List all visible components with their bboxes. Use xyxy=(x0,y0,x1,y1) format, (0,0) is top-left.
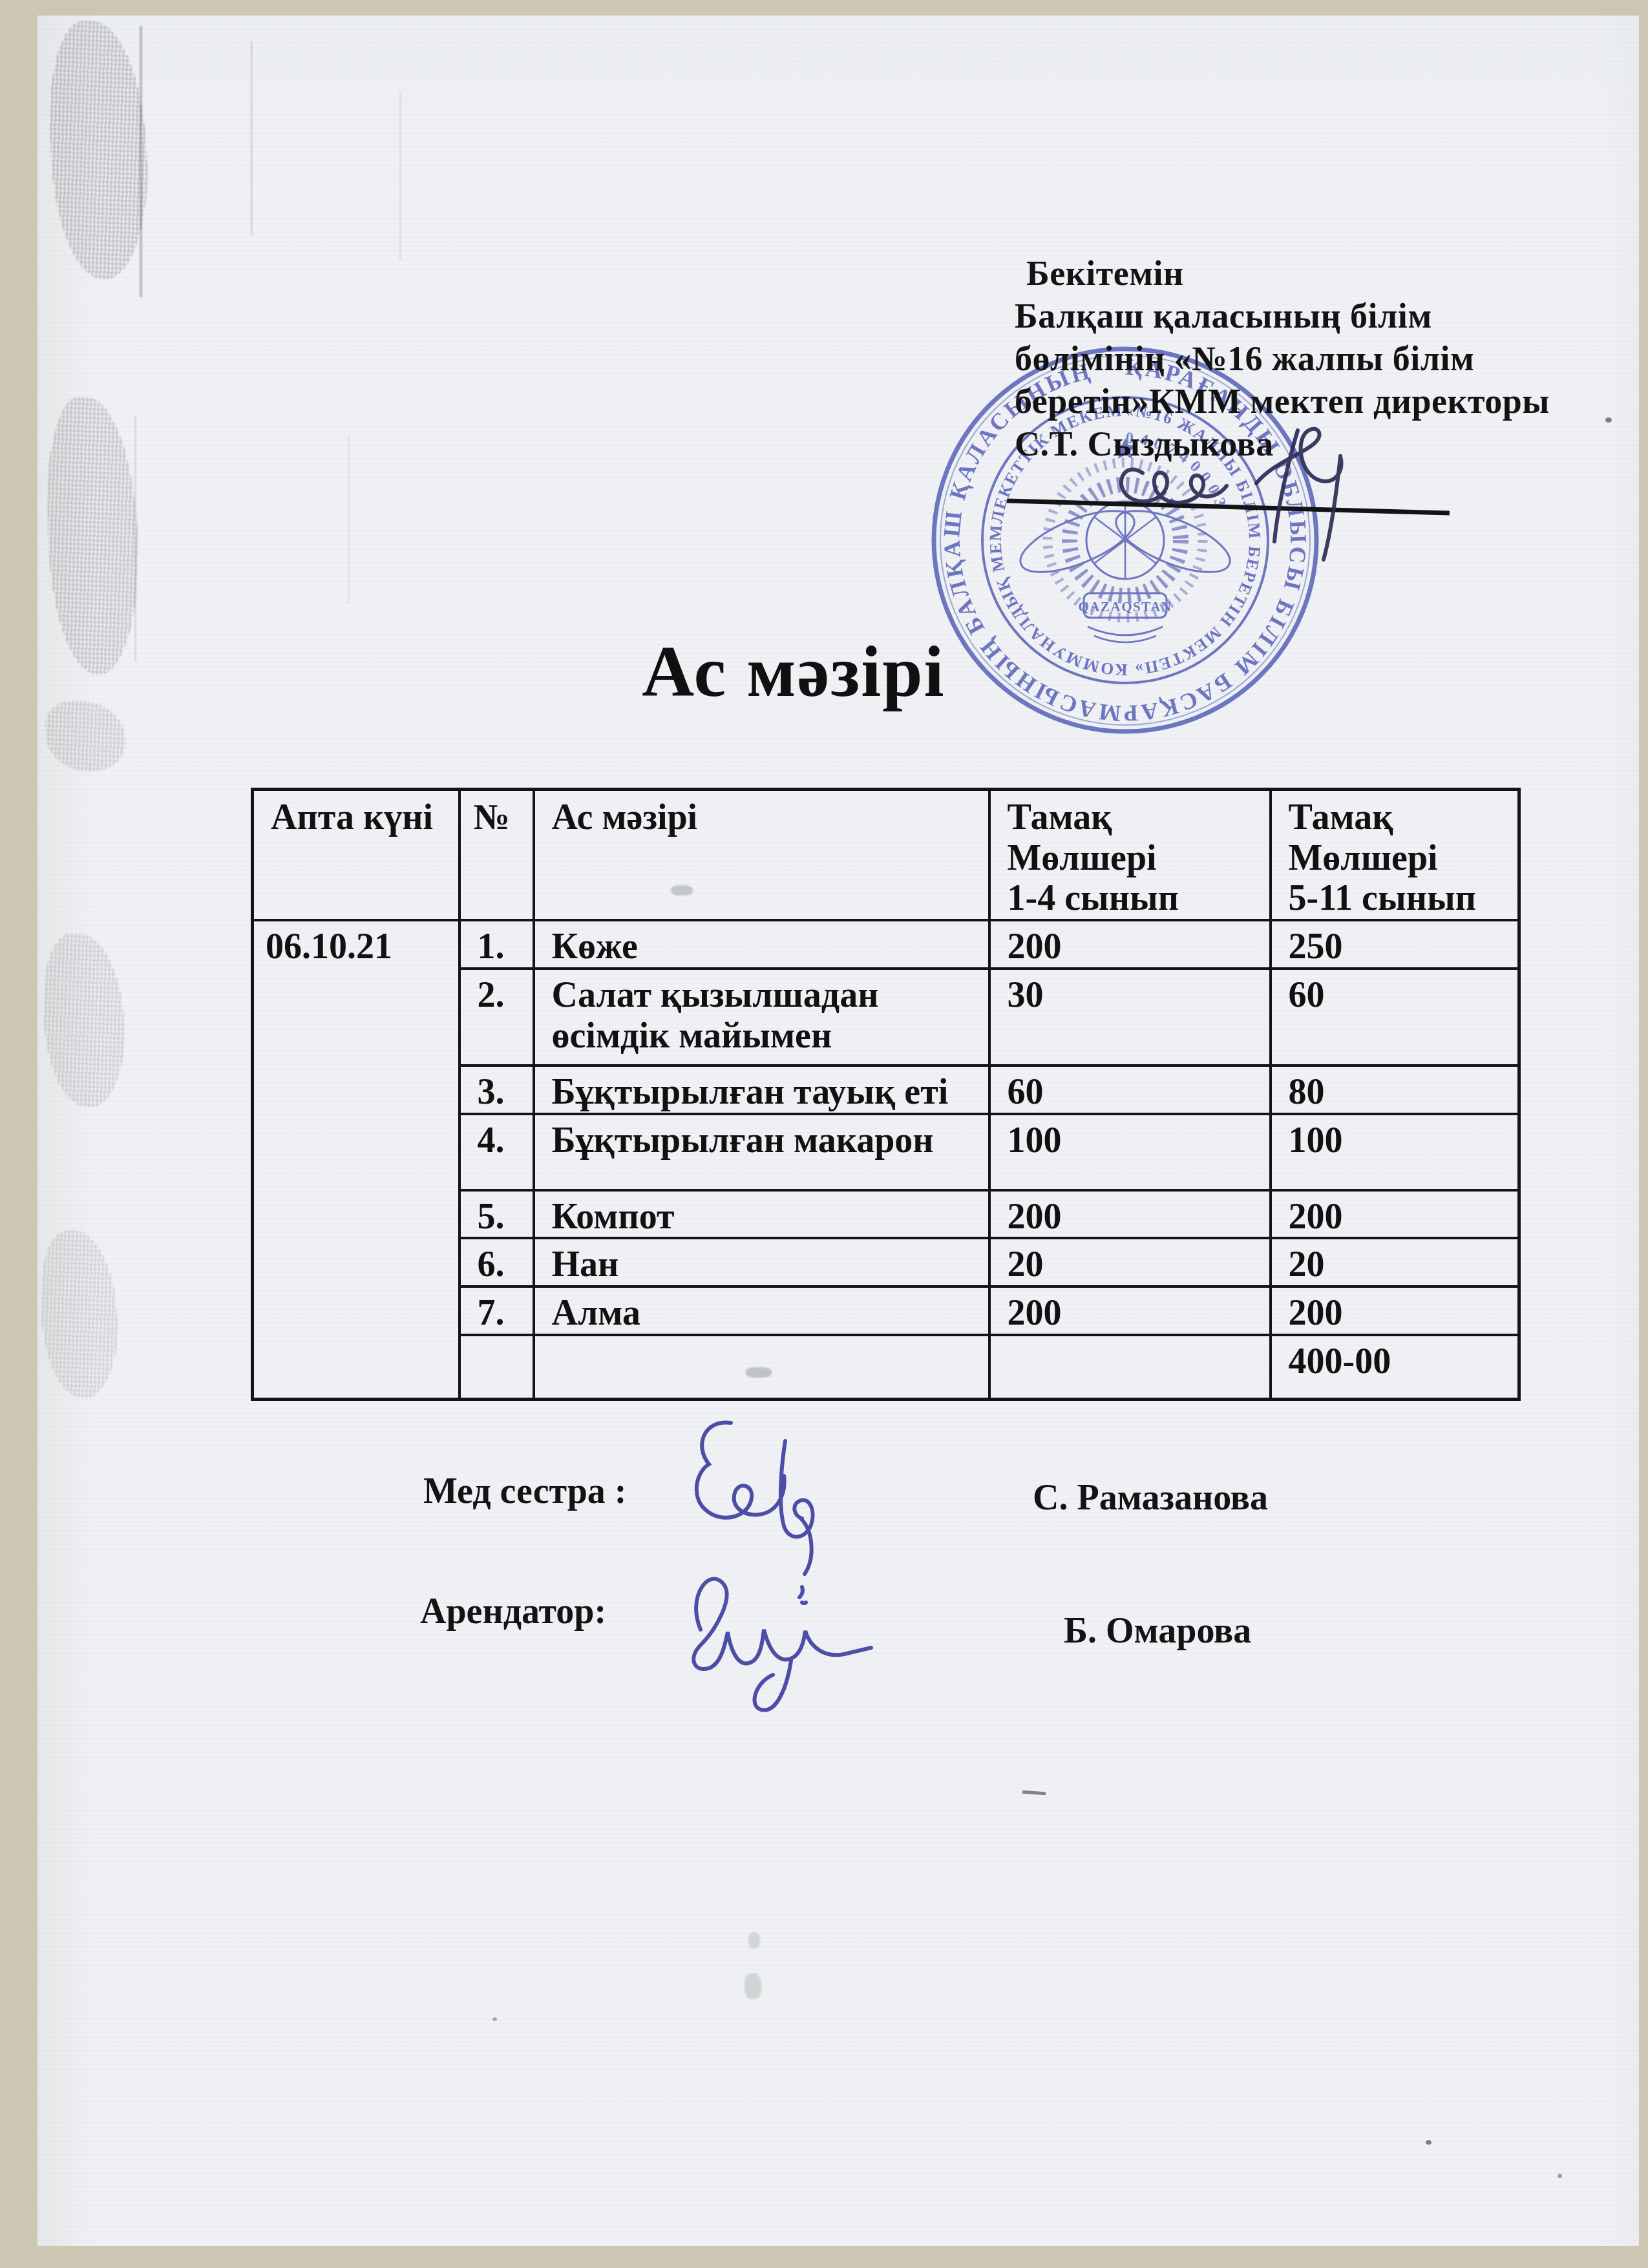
col-header-number: № xyxy=(460,790,534,921)
total-cell: 400-00 xyxy=(1271,1335,1519,1400)
portion-5-11-cell: 250 xyxy=(1271,920,1519,969)
scanned-paper: ҚАРАҒАНДЫ ОБЛЫСЫ БІЛІМ БАСҚАРМАСЫНЫҢ БАЛ… xyxy=(37,16,1639,2246)
dish-cell: Нан xyxy=(534,1238,989,1286)
scan-speck xyxy=(492,2017,497,2021)
row-number: 7. xyxy=(460,1286,534,1335)
row-number: 1. xyxy=(460,920,534,969)
scan-streak xyxy=(251,41,253,235)
portion-1-4-cell xyxy=(989,1335,1271,1400)
scan-blob xyxy=(745,1973,761,1999)
portion-5-11-cell: 60 xyxy=(1271,969,1519,1066)
dish-cell: Көже xyxy=(534,920,989,969)
stamp-center-label: QAZAQSTAN xyxy=(1079,599,1172,614)
dish-cell: Бұқтырылған макарон xyxy=(534,1114,989,1190)
approval-line: беретін»КММ мектеп директоры xyxy=(1015,380,1622,423)
menu-table: Апта күні № Ас мәзірі Тамақ Мөлшері 1-4 … xyxy=(251,788,1521,1401)
approval-line: Балқаш қаласының білім xyxy=(1015,295,1622,337)
col-header-portion-5-11: Тамақ Мөлшері 5-11 сынып xyxy=(1271,790,1519,921)
row-number: 4. xyxy=(460,1114,534,1190)
portion-1-4-cell: 30 xyxy=(989,969,1271,1066)
dish-cell: Салат қызылшадан өсімдік майымен xyxy=(534,969,989,1066)
row-number: 6. xyxy=(460,1238,534,1286)
dish-cell xyxy=(534,1335,989,1400)
portion-1-4-cell: 200 xyxy=(989,1190,1271,1239)
dish-cell: Алма xyxy=(534,1286,989,1335)
scan-blob xyxy=(748,1932,760,1949)
scan-smudge xyxy=(48,397,138,675)
dish-cell: Бұқтырылған тауық еті xyxy=(534,1066,989,1114)
portion-5-11-cell: 20 xyxy=(1271,1238,1519,1286)
scan-speck xyxy=(1558,2174,1562,2178)
col-header-day: Апта күні xyxy=(253,790,460,921)
row-number: 2. xyxy=(460,969,534,1066)
renter-role-label: Арендатор: xyxy=(420,1591,606,1632)
scan-streak xyxy=(140,26,142,297)
scan-smudge xyxy=(44,933,125,1108)
nurse-name: С. Рамазанова xyxy=(1033,1477,1268,1518)
row-number: 5. xyxy=(460,1190,534,1239)
nurse-role-label: Мед сестра : xyxy=(423,1471,626,1512)
date-cell: 06.10.21 xyxy=(253,920,460,1400)
portion-1-4-cell: 200 xyxy=(989,920,1271,969)
dish-cell: Компот xyxy=(534,1190,989,1239)
col-header-menu: Ас мәзірі xyxy=(534,790,989,921)
portion-1-4-cell: 20 xyxy=(989,1238,1271,1286)
row-number: 3. xyxy=(460,1066,534,1114)
portion-5-11-cell: 80 xyxy=(1271,1066,1519,1114)
portion-5-11-cell: 100 xyxy=(1271,1114,1519,1190)
portion-5-11-cell: 200 xyxy=(1271,1190,1519,1239)
table-row: 06.10.21 1. Көже 200 250 xyxy=(253,920,1519,969)
scan-dash-artifact xyxy=(1022,1790,1046,1795)
col-header-portion-1-4: Тамақ Мөлшері 1-4 сынып xyxy=(989,790,1271,921)
table-header-row: Апта күні № Ас мәзірі Тамақ Мөлшері 1-4 … xyxy=(253,790,1519,921)
renter-signature xyxy=(658,1534,903,1744)
renter-name: Б. Омарова xyxy=(1064,1610,1251,1652)
scan-streak xyxy=(134,416,136,662)
director-signature xyxy=(1104,421,1401,573)
page-title: Ас мәзірі xyxy=(567,631,1020,714)
approval-line: Бекітемін xyxy=(1015,252,1622,295)
scan-streak xyxy=(348,436,350,604)
scan-streak xyxy=(399,93,401,261)
approval-line: бөлімінің «№16 жалпы білім xyxy=(1015,337,1622,380)
scan-smudge xyxy=(45,700,126,772)
portion-1-4-cell: 60 xyxy=(989,1066,1271,1114)
scan-smudge xyxy=(50,21,147,279)
scan-smudge xyxy=(41,1230,118,1398)
portion-5-11-cell: 200 xyxy=(1271,1286,1519,1335)
row-number xyxy=(460,1335,534,1400)
portion-1-4-cell: 200 xyxy=(989,1286,1271,1335)
portion-1-4-cell: 100 xyxy=(989,1114,1271,1190)
scan-speck xyxy=(1426,2140,1431,2145)
